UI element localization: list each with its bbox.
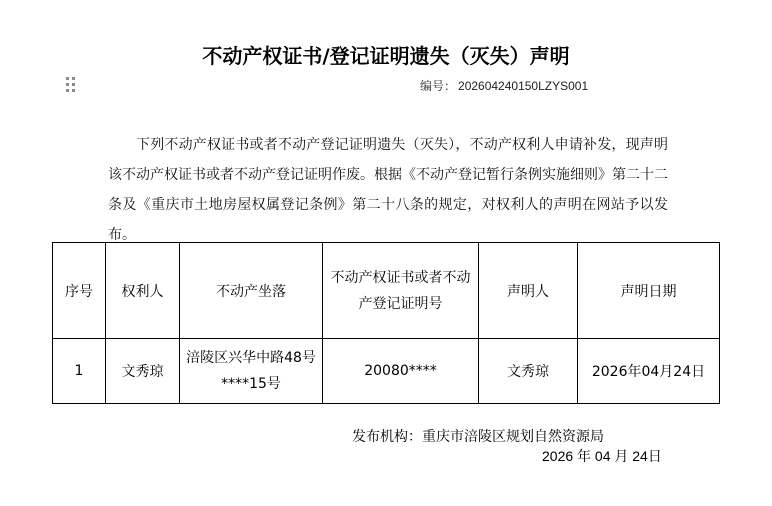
declaration-table: 序号 权利人 不动产坐落 不动产权证书或者不动产登记证明号 声明人 声明日期 1… [52, 242, 720, 404]
publish-date: 2026 年 04 月 24日 [542, 446, 662, 466]
document-number-label: 编号： [420, 79, 456, 93]
header-declarant: 声明人 [479, 243, 578, 339]
document-number-value: 202604240150LZYS001 [458, 79, 588, 93]
declaration-body: 下列不动产权证书或者不动产登记证明遗失（灭失），不动产权利人申请补发，现声明该不… [108, 130, 668, 250]
document-number: 编号：202604240150LZYS001 [420, 77, 588, 94]
table-header-row: 序号 权利人 不动产坐落 不动产权证书或者不动产登记证明号 声明人 声明日期 [53, 243, 720, 339]
cell-location: 涪陵区兴华中路48号****15号 [180, 339, 323, 404]
header-location: 不动产坐落 [180, 243, 323, 339]
drag-handle-icon[interactable] [66, 77, 78, 93]
cell-declarant: 文秀琼 [479, 339, 578, 404]
cell-certificate-no: 20080**** [323, 339, 479, 404]
cell-index: 1 [53, 339, 106, 404]
cell-date: 2026年04月24日 [578, 339, 720, 404]
header-certificate-no: 不动产权证书或者不动产登记证明号 [323, 243, 479, 339]
header-index: 序号 [53, 243, 106, 339]
publisher: 发布机构：重庆市涪陵区规划自然资源局 [352, 426, 604, 446]
table-row: 1 文秀琼 涪陵区兴华中路48号****15号 20080**** 文秀琼 20… [53, 339, 720, 404]
declaration-paragraph: 下列不动产权证书或者不动产登记证明遗失（灭失），不动产权利人申请补发，现声明该不… [108, 130, 668, 250]
cell-holder: 文秀琼 [106, 339, 180, 404]
page-title: 不动产权证书/登记证明遗失（灭失）声明 [0, 40, 772, 69]
header-holder: 权利人 [106, 243, 180, 339]
header-date: 声明日期 [578, 243, 720, 339]
